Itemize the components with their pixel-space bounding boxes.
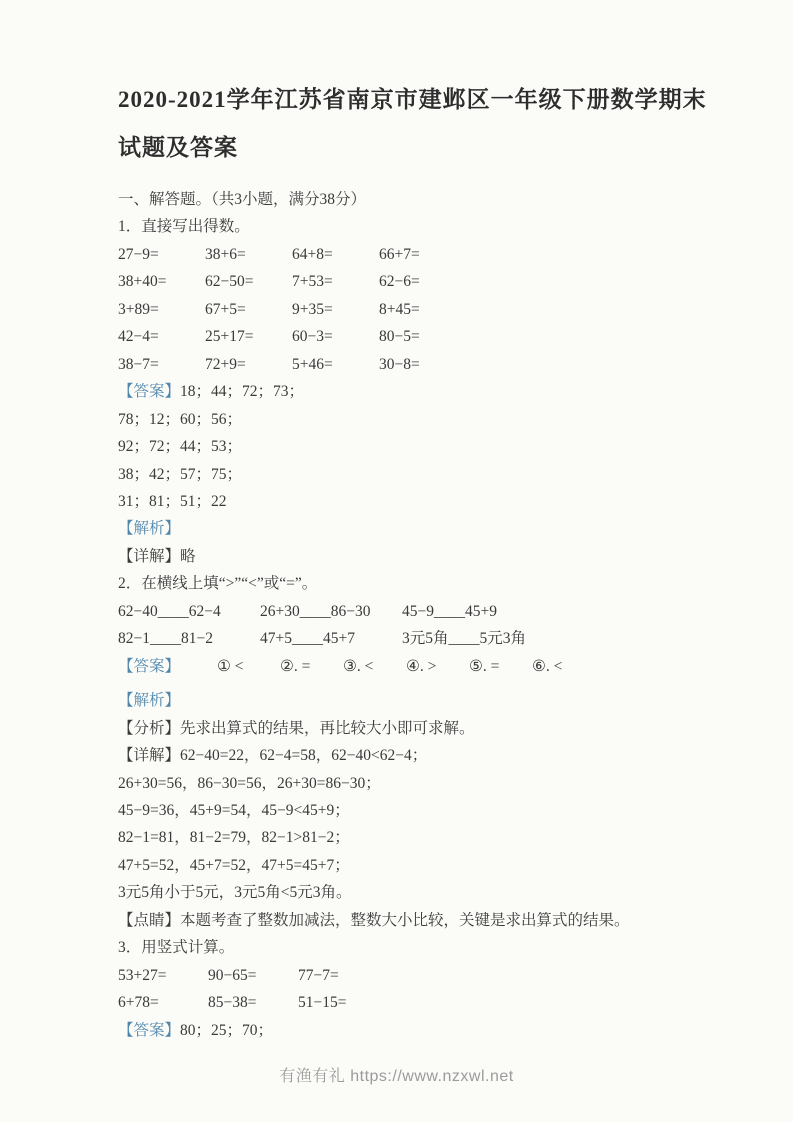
q3-equation-row: 53+27= 90−65= 77−7= [118,962,718,989]
answer-item: ① < [217,653,280,680]
compare-item: 62−40____62−4 [118,598,260,625]
fenxi-marker: 【分析】 [118,720,180,737]
q2-detail-line: 3元5角小于5元，3元5角<5元3角。 [118,879,718,906]
exam-document-page: 2020-2021学年江苏省南京市建邺区一年级下册数学期末试题及答案 一、解答题… [0,0,793,1122]
q1-analysis-marker: 【解析】 [118,515,718,542]
answer-item: ⑤. = [469,653,532,680]
q1-equation-row: 38+40= 62−50= 7+53= 62−6= [118,268,718,295]
q2-detail-line: 45−9=36，45+9=54，45−9<45+9； [118,797,718,824]
equation: 8+45= [379,296,466,323]
equation: 67+5= [205,296,292,323]
equation: 80−5= [379,323,466,350]
equation: 38−7= [118,351,205,378]
dianjing-text: 本题考查了整数加减法，整数大小比较，关键是求出算式的结果。 [180,912,630,929]
q2-detail-line: 47+5=52，45+7=52，47+5=45+7； [118,852,718,879]
answer-item: ③. < [343,653,406,680]
q2-fenxi-line: 【分析】先求出算式的结果，再比较大小即可求解。 [118,715,718,742]
section-header: 一、解答题。（共3小题，满分38分） [118,186,718,213]
answer-item: ⑥. < [532,653,595,680]
equation: 72+9= [205,351,292,378]
q1-detail-line: 【详解】略 [118,543,718,570]
compare-item: 82−1____81−2 [118,625,260,652]
answer-item: ④. > [406,653,469,680]
q2-dianjing-line: 【点睛】本题考查了整数加减法，整数大小比较，关键是求出算式的结果。 [118,907,718,934]
equation: 9+35= [292,296,379,323]
q1-answer-line: 38；42；57；75； [118,461,718,488]
answer-marker: 【答案】 [118,1022,180,1039]
equation: 6+78= [118,989,208,1016]
detail-text: 略 [180,548,196,565]
dianjing-marker: 【点睛】 [118,912,180,929]
equation: 60−3= [292,323,379,350]
fenxi-text: 先求出算式的结果，再比较大小即可求解。 [180,720,475,737]
equation: 85−38= [208,989,298,1016]
q2-answer-line: 【答案】 ① < ②. = ③. < ④. > ⑤. = ⑥. < [118,653,718,680]
q1-equation-row: 3+89= 67+5= 9+35= 8+45= [118,296,718,323]
q2-compare-row: 62−40____62−4 26+30____86−30 45−9____45+… [118,598,718,625]
equation: 77−7= [298,962,388,989]
q3-prompt: 3．用竖式计算。 [118,934,718,961]
q2-analysis-marker: 【解析】 [118,687,718,714]
q2-detail-line: 26+30=56，86−30=56，26+30=86−30； [118,770,718,797]
compare-item: 3元5角____5元3角 [402,625,526,652]
detail-marker: 【详解】 [118,548,180,565]
equation: 66+7= [379,241,466,268]
compare-item: 26+30____86−30 [260,598,402,625]
answer-values: 18；44；72；73； [180,383,304,400]
document-content: 2020-2021学年江苏省南京市建邺区一年级下册数学期末试题及答案 一、解答题… [118,76,718,1044]
equation: 25+17= [205,323,292,350]
equation: 62−50= [205,268,292,295]
q2-detail-line: 【详解】62−40=22，62−4=58，62−40<62−4； [118,742,718,769]
equation: 90−65= [208,962,298,989]
answer-marker: 【答案】 [118,383,180,400]
answer-values: 80；25；70； [180,1022,273,1039]
q2-prompt: 2．在横线上填“>”“<”或“=”。 [118,570,718,597]
q1-prompt: 1．直接写出得数。 [118,213,718,240]
q2-compare-row: 82−1____81−2 47+5____45+7 3元5角____5元3角 [118,625,718,652]
q1-answer-line: 92；72；44；53； [118,433,718,460]
equation: 30−8= [379,351,466,378]
equation: 38+6= [205,241,292,268]
equation: 5+46= [292,351,379,378]
equation: 3+89= [118,296,205,323]
equation: 38+40= [118,268,205,295]
q3-answer-line: 【答案】80；25；70； [118,1017,718,1044]
equation: 53+27= [118,962,208,989]
compare-item: 45−9____45+9 [402,598,497,625]
q1-equation-row: 38−7= 72+9= 5+46= 30−8= [118,351,718,378]
equation: 64+8= [292,241,379,268]
equation: 51−15= [298,989,388,1016]
q1-equation-row: 42−4= 25+17= 60−3= 80−5= [118,323,718,350]
equation: 42−4= [118,323,205,350]
page-title: 2020-2021学年江苏省南京市建邺区一年级下册数学期末试题及答案 [118,76,718,172]
q1-answer-line: 31；81；51；22 [118,488,718,515]
equation: 27−9= [118,241,205,268]
compare-item: 47+5____45+7 [260,625,402,652]
q1-answer-line: 78；12；60；56； [118,406,718,433]
footer-watermark: 有渔有礼 https://www.nzxwl.net [0,1063,793,1086]
detail-text: 62−40=22，62−4=58，62−40<62−4； [180,747,427,764]
equation: 7+53= [292,268,379,295]
answer-item: ②. = [280,653,343,680]
q3-equation-row: 6+78= 85−38= 51−15= [118,989,718,1016]
q2-detail-line: 82−1=81，81−2=79，82−1>81−2； [118,824,718,851]
answer-marker: 【答案】 [118,653,180,680]
q1-equation-row: 27−9= 38+6= 64+8= 66+7= [118,241,718,268]
stray-mark: ˏ [219,658,223,670]
q1-answer-line: 【答案】18；44；72；73； [118,378,718,405]
detail-marker: 【详解】 [118,747,180,764]
equation: 62−6= [379,268,466,295]
